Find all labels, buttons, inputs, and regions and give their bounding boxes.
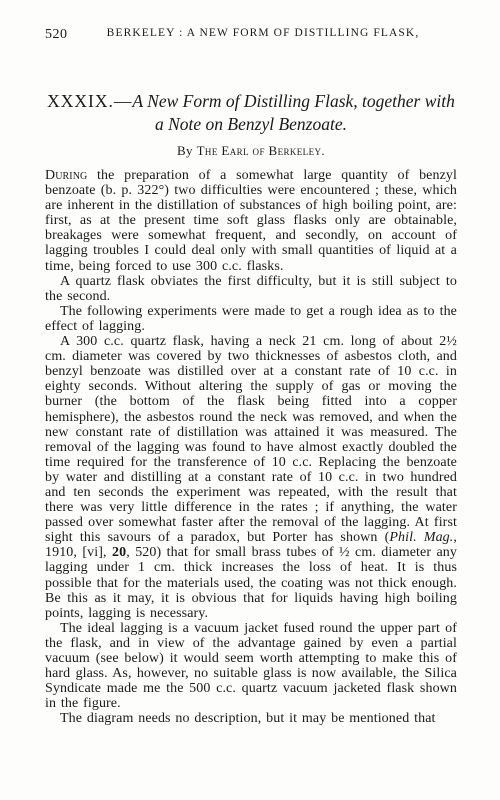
- journal-reference-title: Phil. Mag.: [389, 530, 453, 545]
- article-title-text-1: A New Form of Distilling Flask, together…: [132, 91, 454, 111]
- paragraph-1-text: the preparation of a somewhat large quan…: [45, 168, 457, 274]
- paragraph-4-text-1: A 300 c.c. quartz flask, having a neck 2…: [45, 334, 457, 545]
- scanned-journal-page: 520 BERKELEY : A NEW FORM OF DISTILLING …: [0, 0, 500, 800]
- journal-reference-volume: 20: [112, 545, 126, 560]
- page-number: 520: [45, 27, 68, 43]
- byline-author: The Earl of Berkeley.: [197, 143, 325, 158]
- paragraph-1-lead-word: During: [45, 168, 87, 183]
- byline-prefix: By: [177, 143, 197, 158]
- article-body: During the preparation of a somewhat lar…: [45, 168, 457, 726]
- text-column: 520 BERKELEY : A NEW FORM OF DISTILLING …: [45, 0, 457, 726]
- paragraph-2: A quartz flask obviates the first diffic…: [45, 274, 457, 304]
- running-title: BERKELEY : A NEW FORM OF DISTILLING FLAS…: [45, 27, 457, 39]
- article-title: XXXIX.—A New Form of Distilling Flask, t…: [45, 90, 457, 136]
- paragraph-6: The diagram needs no description, but it…: [45, 711, 457, 726]
- article-number: XXXIX.—: [47, 91, 132, 111]
- paragraph-3: The following experiments were made to g…: [45, 304, 457, 334]
- article-title-line-1: XXXIX.—A New Form of Distilling Flask, t…: [45, 90, 457, 113]
- byline: By The Earl of Berkeley.: [45, 143, 457, 159]
- page-header: 520 BERKELEY : A NEW FORM OF DISTILLING …: [45, 27, 457, 44]
- paragraph-1: During the preparation of a somewhat lar…: [45, 168, 457, 274]
- paragraph-4: A 300 c.c. quartz flask, having a neck 2…: [45, 334, 457, 621]
- article-title-line-2: a Note on Benzyl Benzoate.: [45, 113, 457, 136]
- paragraph-5: The ideal lagging is a vacuum jacket fus…: [45, 621, 457, 712]
